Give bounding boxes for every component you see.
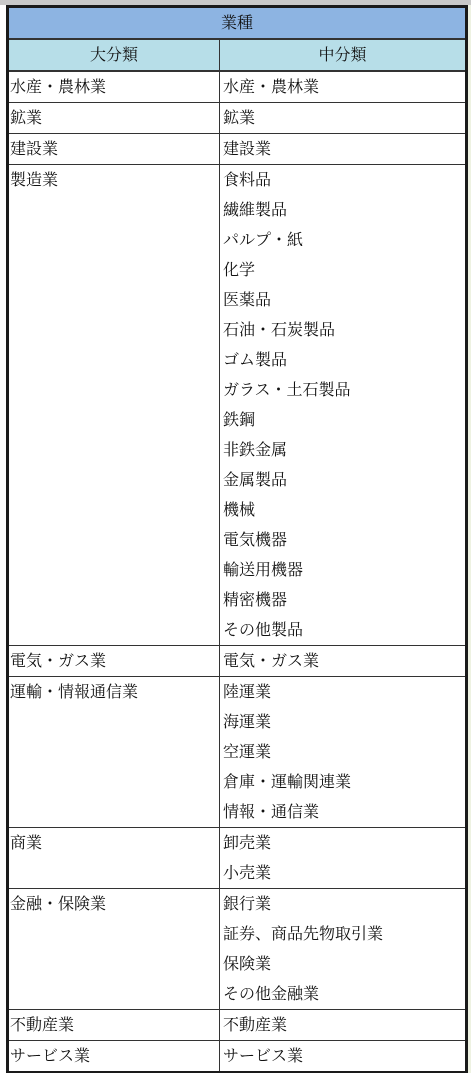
- major-category-cell: 建設業: [8, 134, 220, 165]
- table-row: 金融・保険業銀行業証券、商品先物取引業保険業その他金融業: [8, 889, 467, 1010]
- minor-category-label: 卸売業: [223, 828, 465, 858]
- minor-category-label: 食料品: [223, 165, 465, 195]
- table-row: サービス業サービス業: [8, 1041, 467, 1073]
- minor-category-label: 情報・通信業: [223, 797, 465, 827]
- major-category-cell: 金融・保険業: [8, 889, 220, 1010]
- major-category-label: 鉱業: [10, 103, 219, 133]
- minor-category-label: 小売業: [223, 858, 465, 888]
- minor-category-label: 医薬品: [223, 285, 465, 315]
- major-category-label: サービス業: [10, 1041, 219, 1071]
- minor-category-cell: 鉱業: [220, 103, 467, 134]
- industry-classification-table: 業種 大分類 中分類 水産・農林業水産・農林業鉱業鉱業建設業建設業製造業食料品繊…: [6, 5, 468, 1073]
- minor-category-label: 金属製品: [223, 465, 465, 495]
- table-row: 建設業建設業: [8, 134, 467, 165]
- minor-category-label: 倉庫・運輸関連業: [223, 767, 465, 797]
- minor-category-label: 繊維製品: [223, 195, 465, 225]
- minor-category-label: ゴム製品: [223, 345, 465, 375]
- major-category-label: 運輸・情報通信業: [10, 677, 219, 707]
- minor-category-cell: 電気・ガス業: [220, 646, 467, 677]
- table-title: 業種: [8, 7, 467, 40]
- table-row: 電気・ガス業電気・ガス業: [8, 646, 467, 677]
- minor-category-label: その他製品: [223, 615, 465, 645]
- minor-category-label: 水産・農林業: [223, 72, 465, 102]
- minor-category-label: 精密機器: [223, 585, 465, 615]
- minor-category-label: 建設業: [223, 134, 465, 164]
- minor-category-cell: 不動産業: [220, 1010, 467, 1041]
- major-category-cell: 運輸・情報通信業: [8, 677, 220, 828]
- table-row: 鉱業鉱業: [8, 103, 467, 134]
- minor-category-label: パルプ・紙: [223, 225, 465, 255]
- table-row: 製造業食料品繊維製品パルプ・紙化学医薬品石油・石炭製品ゴム製品ガラス・土石製品鉄…: [8, 165, 467, 646]
- major-category-cell: 製造業: [8, 165, 220, 646]
- minor-category-label: 陸運業: [223, 677, 465, 707]
- minor-category-label: ガラス・土石製品: [223, 375, 465, 405]
- minor-category-label: 輸送用機器: [223, 555, 465, 585]
- major-category-label: 建設業: [10, 134, 219, 164]
- minor-category-label: 電気・ガス業: [223, 646, 465, 676]
- major-category-label: 商業: [10, 828, 219, 858]
- minor-category-label: 不動産業: [223, 1010, 465, 1040]
- minor-category-cell: 卸売業小売業: [220, 828, 467, 889]
- major-category-label: 水産・農林業: [10, 72, 219, 102]
- minor-category-cell: 陸運業海運業空運業倉庫・運輸関連業情報・通信業: [220, 677, 467, 828]
- major-category-cell: 商業: [8, 828, 220, 889]
- minor-category-label: 電気機器: [223, 525, 465, 555]
- minor-category-cell: 建設業: [220, 134, 467, 165]
- major-category-label: 金融・保険業: [10, 889, 219, 919]
- major-category-cell: 鉱業: [8, 103, 220, 134]
- minor-category-cell: 銀行業証券、商品先物取引業保険業その他金融業: [220, 889, 467, 1010]
- minor-category-label: 鉄鋼: [223, 405, 465, 435]
- minor-category-label: 海運業: [223, 707, 465, 737]
- minor-category-cell: 食料品繊維製品パルプ・紙化学医薬品石油・石炭製品ゴム製品ガラス・土石製品鉄鋼非鉄…: [220, 165, 467, 646]
- minor-category-label: 石油・石炭製品: [223, 315, 465, 345]
- minor-category-label: 化学: [223, 255, 465, 285]
- table-body: 水産・農林業水産・農林業鉱業鉱業建設業建設業製造業食料品繊維製品パルプ・紙化学医…: [8, 71, 467, 1073]
- minor-category-label: 銀行業: [223, 889, 465, 919]
- table-row: 水産・農林業水産・農林業: [8, 71, 467, 103]
- minor-category-label: 機械: [223, 495, 465, 525]
- minor-category-label: その他金融業: [223, 979, 465, 1009]
- major-category-cell: 電気・ガス業: [8, 646, 220, 677]
- header-major-category: 大分類: [8, 39, 220, 71]
- major-category-cell: 不動産業: [8, 1010, 220, 1041]
- major-category-cell: サービス業: [8, 1041, 220, 1073]
- table-row: 運輸・情報通信業陸運業海運業空運業倉庫・運輸関連業情報・通信業: [8, 677, 467, 828]
- table-row: 不動産業不動産業: [8, 1010, 467, 1041]
- major-category-cell: 水産・農林業: [8, 71, 220, 103]
- minor-category-label: 空運業: [223, 737, 465, 767]
- minor-category-label: サービス業: [223, 1041, 465, 1071]
- major-category-label: 製造業: [10, 165, 219, 195]
- minor-category-label: 証券、商品先物取引業: [223, 919, 465, 949]
- minor-category-label: 鉱業: [223, 103, 465, 133]
- minor-category-cell: サービス業: [220, 1041, 467, 1073]
- major-category-label: 不動産業: [10, 1010, 219, 1040]
- table-row: 商業卸売業小売業: [8, 828, 467, 889]
- header-minor-category: 中分類: [220, 39, 467, 71]
- major-category-label: 電気・ガス業: [10, 646, 219, 676]
- minor-category-cell: 水産・農林業: [220, 71, 467, 103]
- minor-category-label: 保険業: [223, 949, 465, 979]
- minor-category-label: 非鉄金属: [223, 435, 465, 465]
